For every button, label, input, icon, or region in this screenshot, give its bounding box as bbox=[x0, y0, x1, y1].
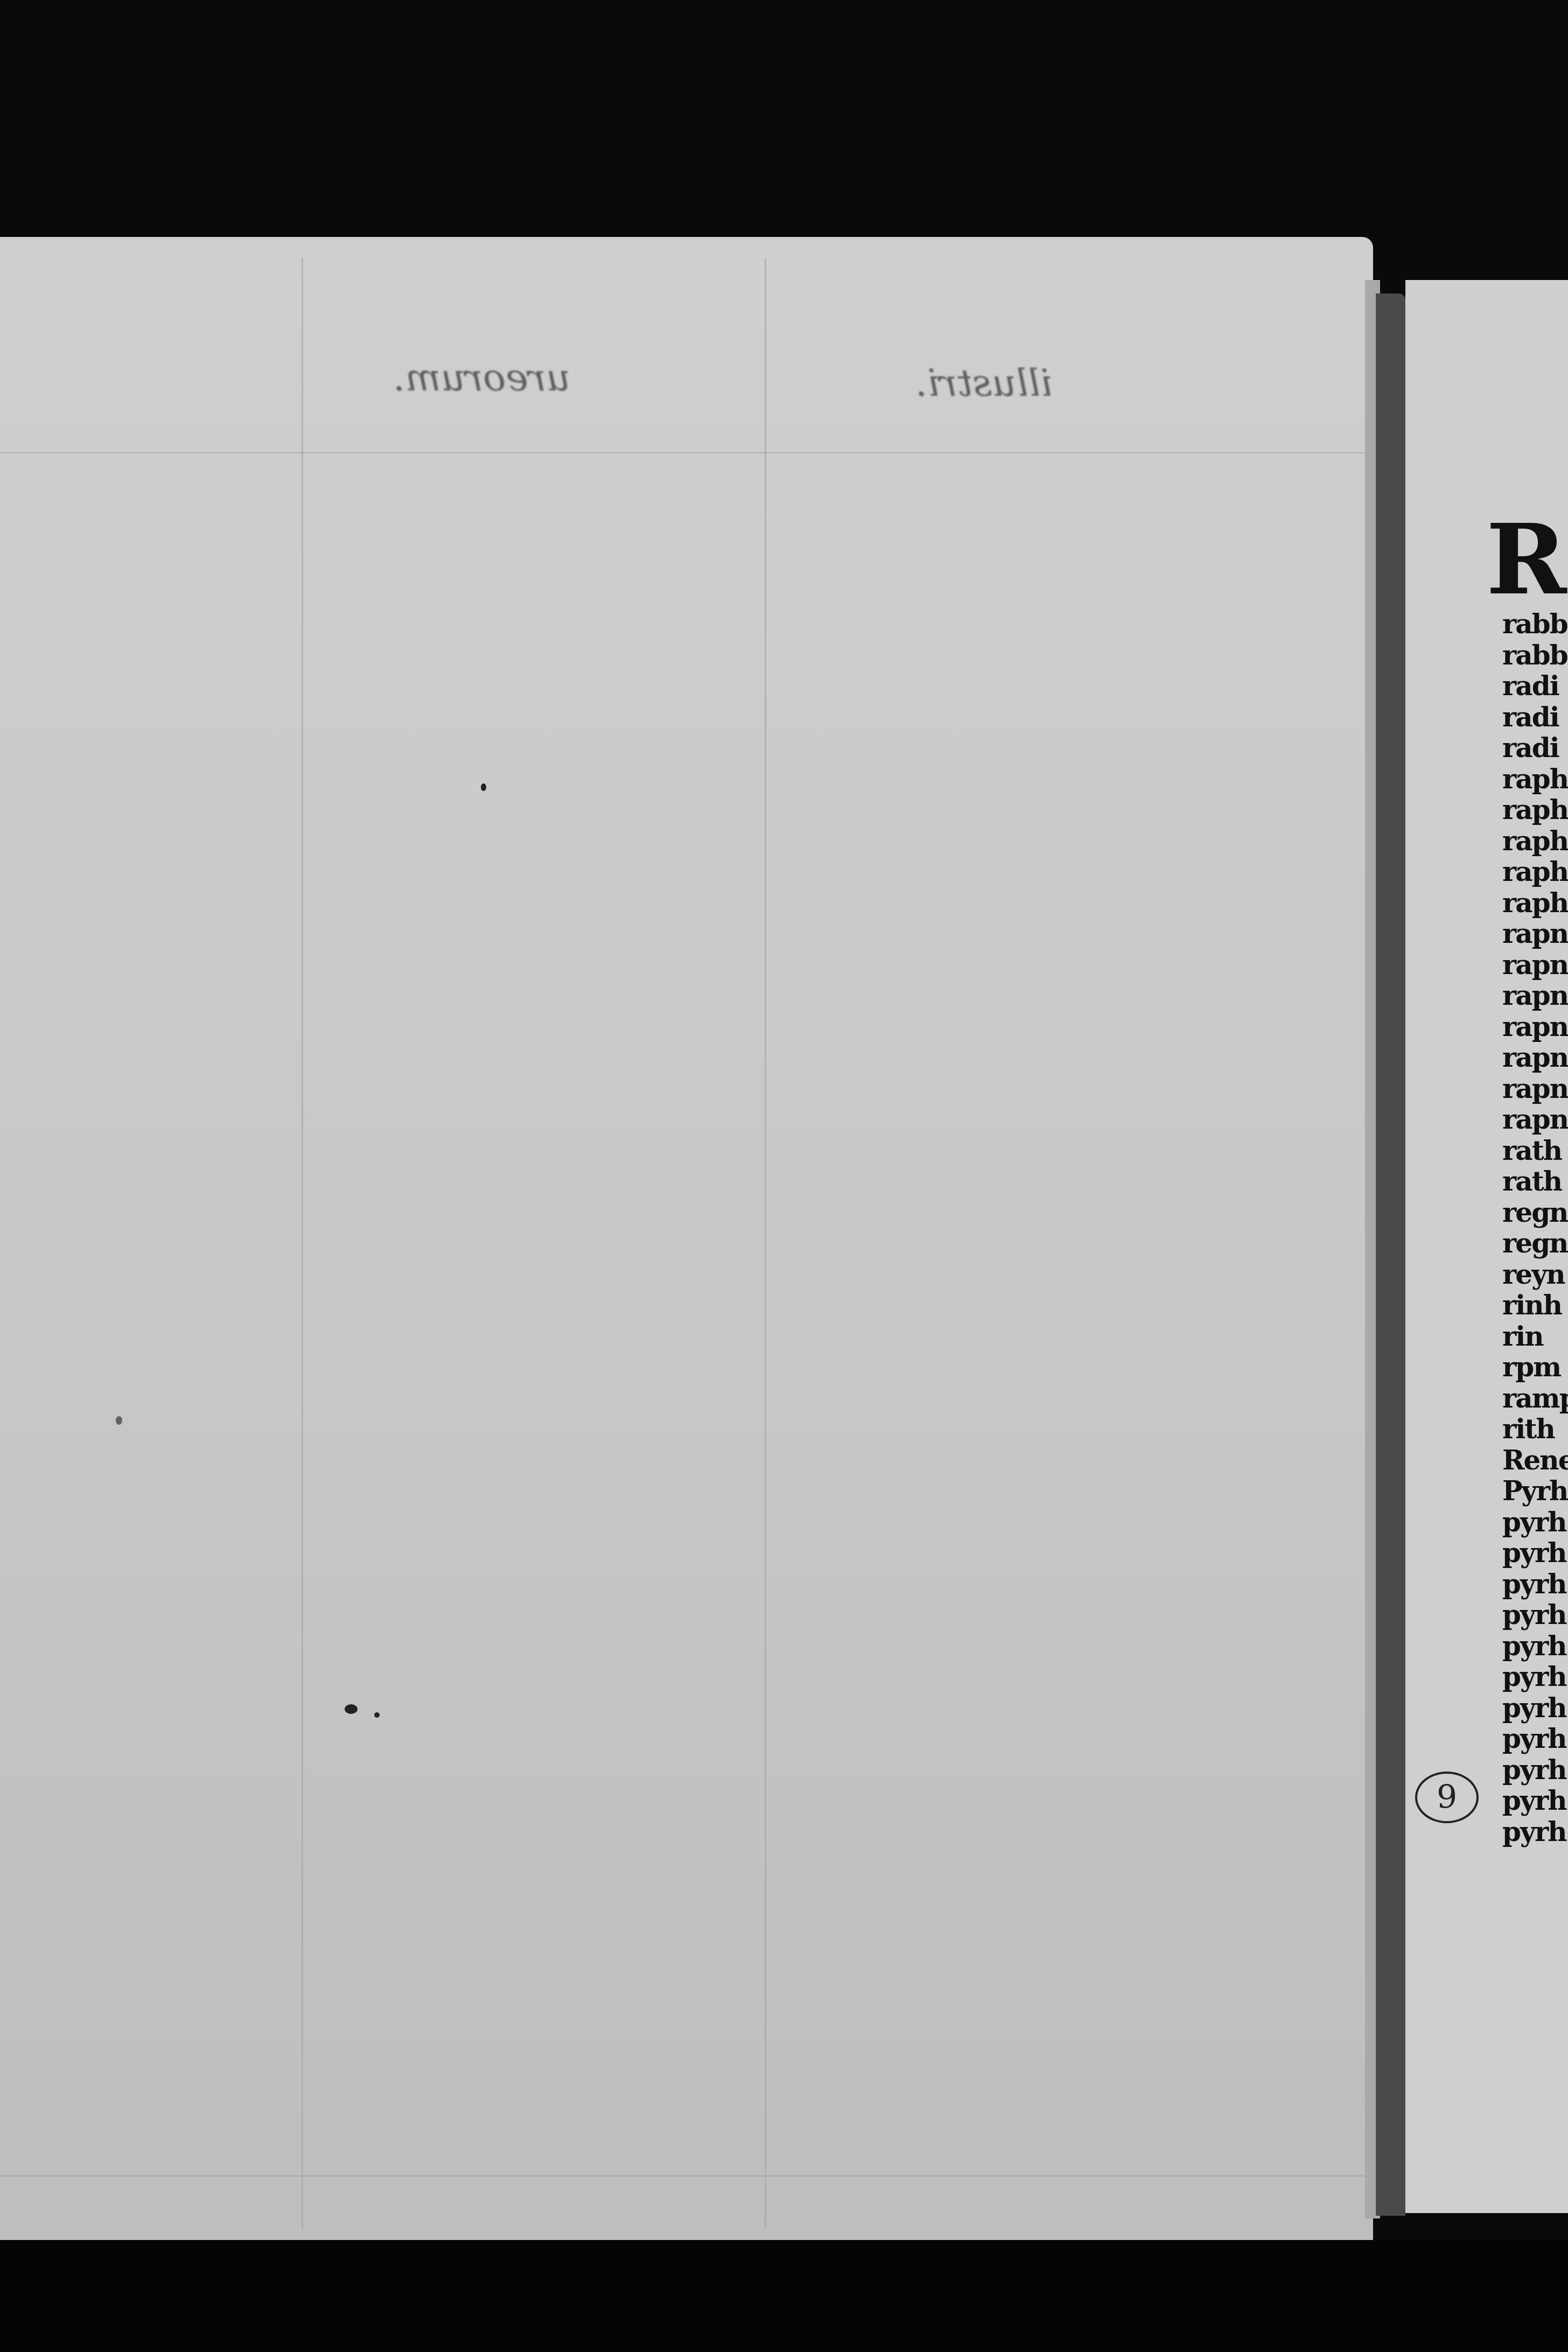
background-surface bbox=[0, 2240, 1568, 2352]
list-item: pyrh bbox=[1502, 1537, 1568, 1569]
list-item: rath bbox=[1502, 1166, 1568, 1197]
gutter-shadow bbox=[1376, 293, 1405, 2216]
list-item: pyrh bbox=[1502, 1785, 1568, 1816]
list-item: rinh bbox=[1502, 1290, 1568, 1321]
list-item: pyrh bbox=[1502, 1816, 1568, 1847]
ink-speck bbox=[374, 1712, 380, 1718]
folio-number-stamp: 9 bbox=[1415, 1772, 1479, 1823]
list-item: radi bbox=[1502, 670, 1568, 702]
list-item: pyrh bbox=[1502, 1754, 1568, 1786]
list-item: pyrh bbox=[1502, 1599, 1568, 1630]
list-item: raph bbox=[1502, 825, 1568, 857]
list-item: rpm bbox=[1502, 1352, 1568, 1383]
list-item: rith bbox=[1502, 1413, 1568, 1445]
ruling-line bbox=[765, 258, 766, 2229]
list-item: pyrh bbox=[1502, 1723, 1568, 1754]
list-item: rapn bbox=[1502, 1073, 1568, 1104]
list-item: pyrh bbox=[1502, 1507, 1568, 1538]
ruling-line bbox=[302, 258, 303, 2229]
bleed-through-header: ureorum. bbox=[393, 355, 570, 400]
list-item: rapn bbox=[1502, 980, 1568, 1011]
list-item: regn bbox=[1502, 1197, 1568, 1228]
list-item: Pyrh bbox=[1502, 1475, 1568, 1507]
ink-speck bbox=[481, 783, 486, 791]
list-item: rin bbox=[1502, 1321, 1568, 1352]
list-item: raph bbox=[1502, 764, 1568, 795]
ruling-line bbox=[0, 2175, 1373, 2176]
list-item: pyrh bbox=[1502, 1661, 1568, 1692]
list-item: pyrh bbox=[1502, 1692, 1568, 1724]
list-item: rapn bbox=[1502, 1011, 1568, 1042]
bleed-through-header: illustri. bbox=[915, 361, 1052, 405]
list-item: pyrh bbox=[1502, 1569, 1568, 1600]
list-item: rabb bbox=[1502, 640, 1568, 671]
list-item: pyrh bbox=[1502, 1630, 1568, 1662]
entry-list: rabb rabb radi radi radi raph raph raph … bbox=[1502, 608, 1568, 1847]
ink-speck bbox=[345, 1704, 358, 1714]
list-item: raph bbox=[1502, 887, 1568, 919]
decorated-initial: R bbox=[1486, 512, 1567, 608]
list-item: reyn bbox=[1502, 1259, 1568, 1290]
list-item: raph bbox=[1502, 856, 1568, 887]
list-item: raph bbox=[1502, 794, 1568, 825]
list-item: rapn bbox=[1502, 918, 1568, 949]
list-item: rapn bbox=[1502, 1042, 1568, 1073]
ink-speck bbox=[116, 1416, 122, 1425]
list-item: rath bbox=[1502, 1135, 1568, 1166]
list-item: rapn bbox=[1502, 949, 1568, 981]
list-item: rabb bbox=[1502, 608, 1568, 640]
list-item: regn bbox=[1502, 1228, 1568, 1259]
list-item: radi bbox=[1502, 702, 1568, 733]
folio-number: 9 bbox=[1437, 1779, 1457, 1816]
left-page bbox=[0, 237, 1373, 2251]
list-item: ramp bbox=[1502, 1383, 1568, 1414]
list-item: radi bbox=[1502, 732, 1568, 764]
list-item: rapn bbox=[1502, 1104, 1568, 1135]
list-item: Rene bbox=[1502, 1445, 1568, 1476]
ruling-line bbox=[0, 452, 1373, 453]
